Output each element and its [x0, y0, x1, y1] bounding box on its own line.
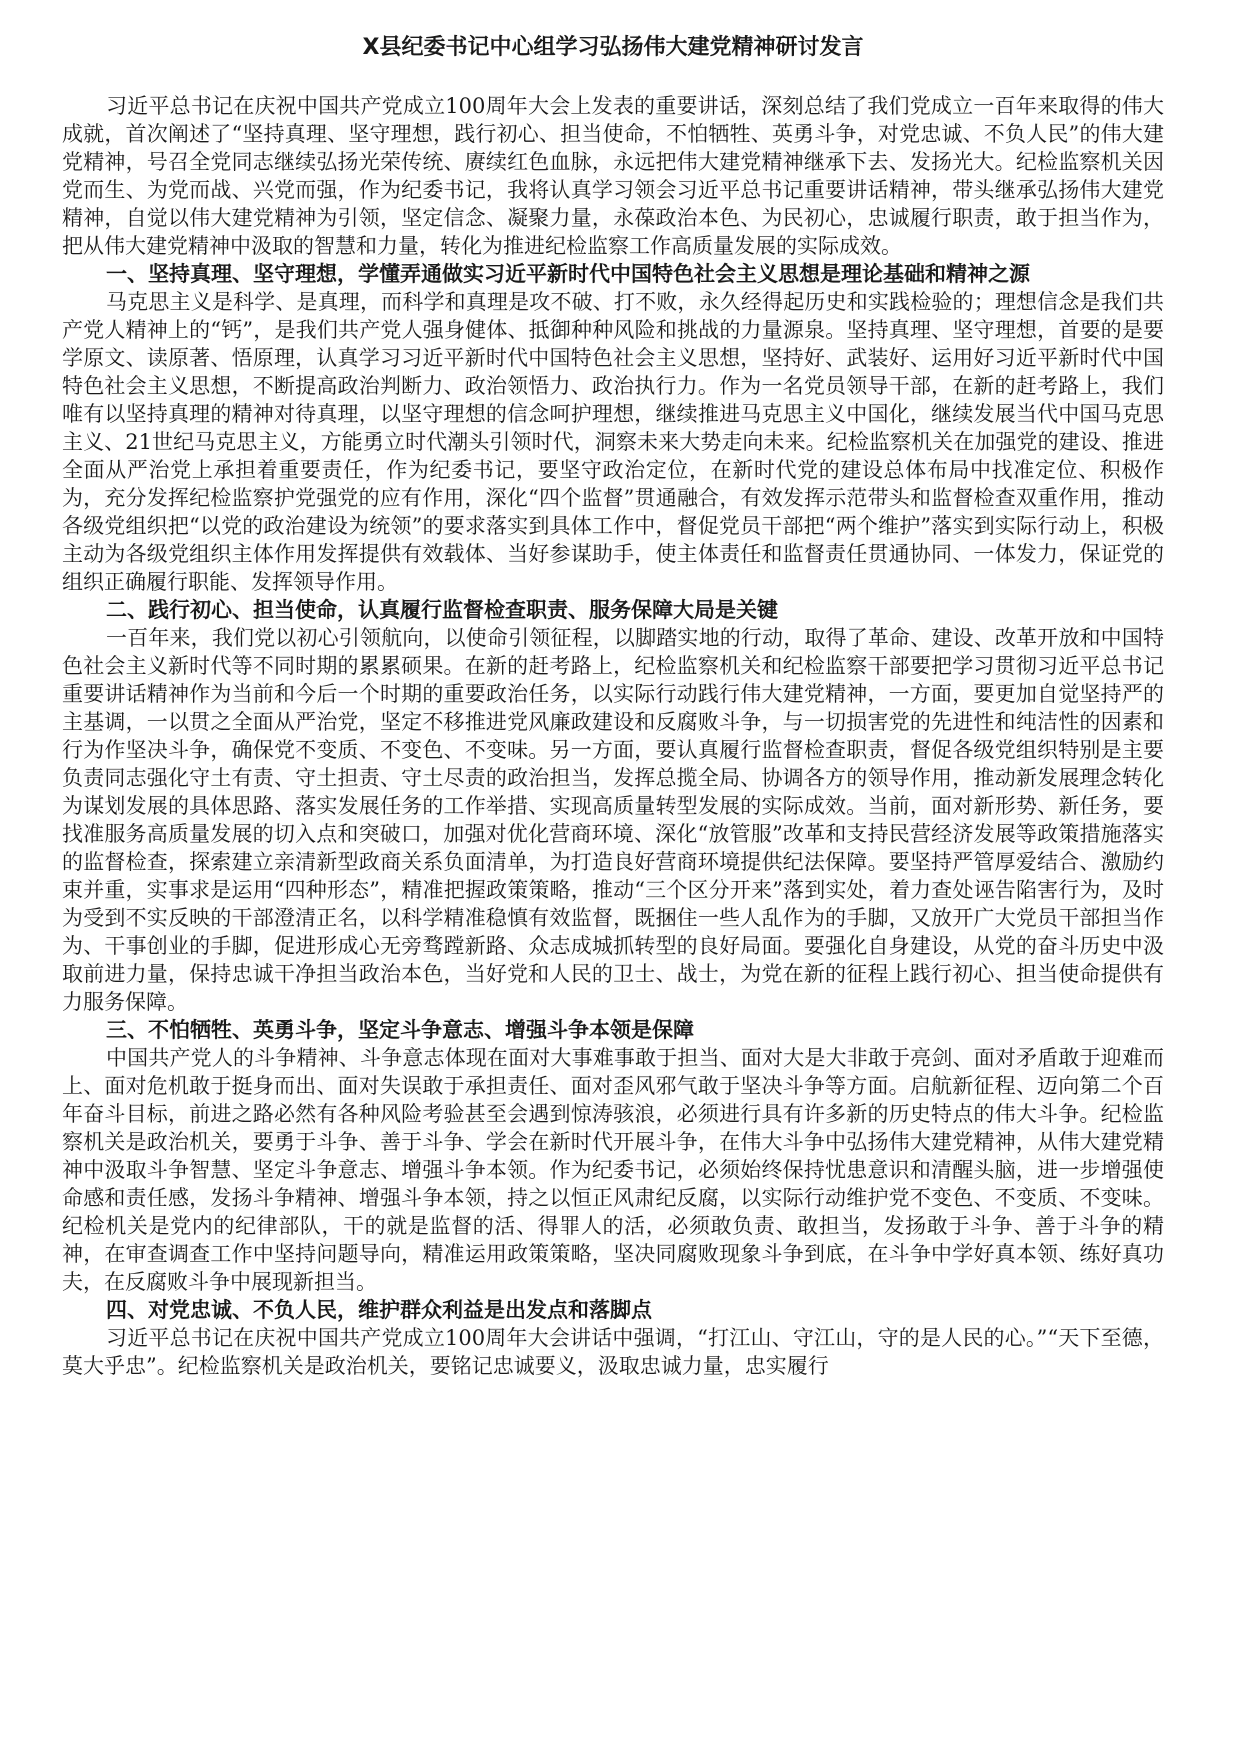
section-heading: 三、不怕牺牲、英勇斗争，坚定斗争意志、增强斗争本领是保障 — [62, 1016, 1164, 1044]
section-heading: 二、践行初心、担当使命，认真履行监督检查职责、服务保障大局是关键 — [62, 596, 1164, 624]
section-body: 一百年来，我们党以初心引领航向，以使命引领征程，以脚踏实地的行动，取得了革命、建… — [62, 624, 1164, 1016]
section-body: 马克思主义是科学、是真理，而科学和真理是攻不破、打不败，永久经得起历史和实践检验… — [62, 288, 1164, 596]
section-4: 四、对党忠诚、不负人民，维护群众利益是出发点和落脚点 习近平总书记在庆祝中国共产… — [62, 1296, 1164, 1380]
section-1: 一、坚持真理、坚守理想，学懂弄通做实习近平新时代中国特色社会主义思想是理论基础和… — [62, 260, 1164, 596]
section-3: 三、不怕牺牲、英勇斗争，坚定斗争意志、增强斗争本领是保障 中国共产党人的斗争精神… — [62, 1016, 1164, 1296]
section-body: 中国共产党人的斗争精神、斗争意志体现在面对大事难事敢于担当、面对大是大非敢于亮剑… — [62, 1044, 1164, 1296]
document-title: X县纪委书记中心组学习弘扬伟大建党精神研讨发言 — [62, 34, 1164, 62]
document-page: X县纪委书记中心组学习弘扬伟大建党精神研讨发言 习近平总书记在庆祝中国共产党成立… — [62, 34, 1164, 1380]
intro-paragraph: 习近平总书记在庆祝中国共产党成立100周年大会上发表的重要讲话，深刻总结了我们党… — [62, 92, 1164, 260]
section-2: 二、践行初心、担当使命，认真履行监督检查职责、服务保障大局是关键 一百年来，我们… — [62, 596, 1164, 1016]
section-heading: 一、坚持真理、坚守理想，学懂弄通做实习近平新时代中国特色社会主义思想是理论基础和… — [62, 260, 1164, 288]
section-heading: 四、对党忠诚、不负人民，维护群众利益是出发点和落脚点 — [62, 1296, 1164, 1324]
section-body: 习近平总书记在庆祝中国共产党成立100周年大会讲话中强调，“打江山、守江山，守的… — [62, 1324, 1164, 1380]
